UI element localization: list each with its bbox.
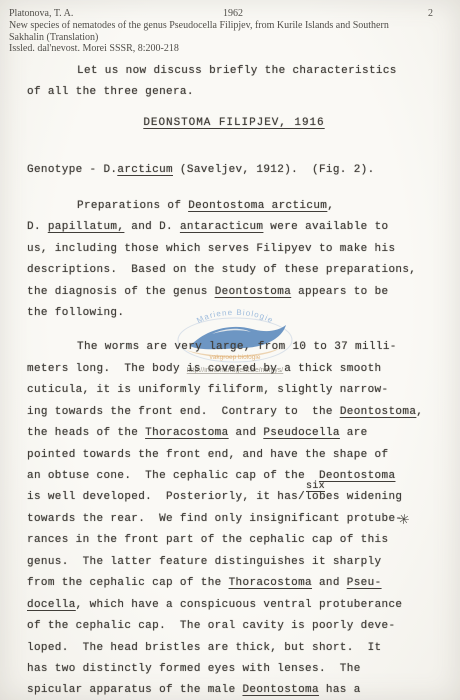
text-line: of all the three genera.	[27, 82, 441, 103]
text-segment: Genotype - D.	[27, 164, 117, 176]
text-segment: meters long. The body is covered by a th…	[27, 363, 382, 375]
citation-header: Platonova, T. A. 1962 2 New species of n…	[9, 8, 450, 55]
scanned-page: Platonova, T. A. 1962 2 New species of n…	[0, 0, 460, 700]
section-heading: DEONSTOMA FILIPJEV, 1916	[27, 113, 441, 134]
text-segment: ,	[327, 200, 334, 212]
text-line: descriptions. Based on the study of thes…	[27, 260, 441, 281]
text-segment: , which have a conspicuous ventral protu…	[76, 599, 403, 611]
text-segment: widening	[340, 491, 403, 503]
header-row: Platonova, T. A. 1962 2	[9, 8, 450, 20]
text-segment: genus. The latter feature distinguishes …	[27, 556, 382, 568]
text-segment: Preparations of	[77, 200, 188, 212]
text-line: rances in the front part of the cephalic…	[27, 530, 441, 551]
paragraph-description: The worms are very large, from 10 to 37 …	[27, 337, 441, 700]
text-segment: the diagnosis of the genus	[27, 286, 215, 298]
text-segment: spicular apparatus of the male	[27, 684, 242, 696]
text-segment: are	[340, 427, 368, 439]
paragraph-preparations: Preparations of Deontostoma arcticum,D. …	[27, 196, 441, 325]
underlined-term: Deontostoma arcticum	[188, 200, 327, 212]
text-segment: pointed towards the front end, and have …	[27, 449, 388, 461]
paper-title-line2: Sakhalin (Translation)	[9, 32, 450, 44]
text-segment: ing towards the front end. Contrary to t…	[27, 406, 340, 418]
text-line: from the cephalic cap of the Thoracostom…	[27, 573, 441, 594]
text-line: Genotype - D.arcticum (Saveljev, 1912). …	[27, 160, 441, 181]
author-name: Platonova, T. A.	[9, 8, 73, 19]
text-segment: towards the rear. We find only insignifi…	[27, 513, 402, 525]
text-line: D. papillatum, and D. antaracticum were …	[27, 217, 441, 238]
text-line: an obtuse cone. The cephalic cap of the …	[27, 466, 441, 487]
text-segment: were available to	[263, 221, 388, 233]
underlined-term: Deontostoma	[340, 406, 416, 418]
inserted-word-annotation: six	[306, 476, 325, 497]
publication-year: 1962	[223, 8, 243, 20]
paragraph-genotype: Genotype - D.arcticum (Saveljev, 1912). …	[27, 160, 441, 181]
text-segment: the heads of the	[27, 427, 145, 439]
text-line: spicular apparatus of the male Deontosto…	[27, 680, 441, 700]
text-segment: and D.	[124, 221, 180, 233]
text-segment: Let us now discuss briefly the character…	[77, 65, 397, 77]
text-segment: The worms are very large, from 10 to 37 …	[77, 341, 397, 353]
underlined-term: Thoracostoma	[229, 577, 312, 589]
underlined-term: Thoracostoma	[145, 427, 228, 439]
text-segment: the following.	[27, 307, 124, 319]
text-line: meters long. The body is covered by a th…	[27, 359, 441, 380]
text-segment: (Saveljev, 1912). (Fig. 2).	[173, 164, 375, 176]
inserted-word-target: sixlobes	[305, 487, 340, 508]
text-line: loped. The head bristles are thick, but …	[27, 638, 441, 659]
underlined-term: arcticum	[117, 164, 173, 176]
text-segment: and	[312, 577, 347, 589]
text-segment: of all the three genera.	[27, 86, 194, 98]
paragraph-intro: Let us now discuss briefly the character…	[27, 61, 441, 104]
text-segment: rances in the front part of the cephalic…	[27, 534, 388, 546]
underlined-term: antaracticum	[180, 221, 263, 233]
text-line: the following.	[27, 303, 441, 324]
text-line: Preparations of Deontostoma arcticum,	[27, 196, 441, 217]
text-line: towards the rear. We find only insignifi…	[27, 509, 441, 530]
text-segment: ,	[416, 406, 423, 418]
text-segment: has two distinctly formed eyes with lens…	[27, 663, 361, 675]
text-segment: an obtuse cone. The cephalic cap of the	[27, 470, 319, 482]
underlined-term: Deontostoma	[242, 684, 318, 696]
source-citation: Issled. dal'nevost. Morei SSSR, 8:200-21…	[9, 43, 450, 55]
text-segment: appears to be	[291, 286, 388, 298]
text-line: The worms are very large, from 10 to 37 …	[27, 337, 441, 358]
text-line: genus. The latter feature distinguishes …	[27, 552, 441, 573]
text-line: the heads of the Thoracostoma and Pseudo…	[27, 423, 441, 444]
underlined-term: docella	[27, 599, 76, 611]
underlined-term: Deontostoma	[215, 286, 291, 298]
text-segment: D.	[27, 221, 48, 233]
text-line: pointed towards the front end, and have …	[27, 445, 441, 466]
underlined-term: Pseu-	[347, 577, 382, 589]
text-line: the diagnosis of the genus Deontostoma a…	[27, 282, 441, 303]
text-segment: from the cephalic cap of the	[27, 577, 229, 589]
text-segment: cuticula, it is uniformly filiform, slig…	[27, 384, 388, 396]
text-line: of the cephalic cap. The oral cavity is …	[27, 616, 441, 637]
document-body: Let us now discuss briefly the character…	[27, 61, 441, 700]
text-line: docella, which have a conspicuous ventra…	[27, 595, 441, 616]
text-segment: is well developed. Posteriorly, it has/	[27, 491, 305, 503]
text-line: cuticula, it is uniformly filiform, slig…	[27, 380, 441, 401]
text-segment: of the cephalic cap. The oral cavity is …	[27, 620, 395, 632]
text-line: has two distinctly formed eyes with lens…	[27, 659, 441, 680]
text-line: Let us now discuss briefly the character…	[27, 61, 441, 82]
text-line: is well developed. Posteriorly, it has/s…	[27, 487, 441, 508]
underlined-term: Deontostoma	[319, 470, 395, 482]
underlined-term: papillatum,	[48, 221, 124, 233]
text-segment: us, including those which serves Filipye…	[27, 243, 395, 255]
page-number: 2	[428, 8, 433, 20]
text-segment: has a	[319, 684, 361, 696]
text-line: us, including those which serves Filipye…	[27, 239, 441, 260]
text-segment: loped. The head bristles are thick, but …	[27, 642, 382, 654]
text-segment: and	[229, 427, 264, 439]
section-heading-text: DEONSTOMA FILIPJEV, 1916	[143, 117, 324, 129]
paper-title-line1: New species of nematodes of the genus Ps…	[9, 20, 450, 32]
text-segment: descriptions. Based on the study of thes…	[27, 264, 416, 276]
underlined-term: Pseudocella	[263, 427, 339, 439]
margin-asterisk-annotation: ✳	[397, 509, 412, 532]
text-line: ing towards the front end. Contrary to t…	[27, 402, 441, 423]
